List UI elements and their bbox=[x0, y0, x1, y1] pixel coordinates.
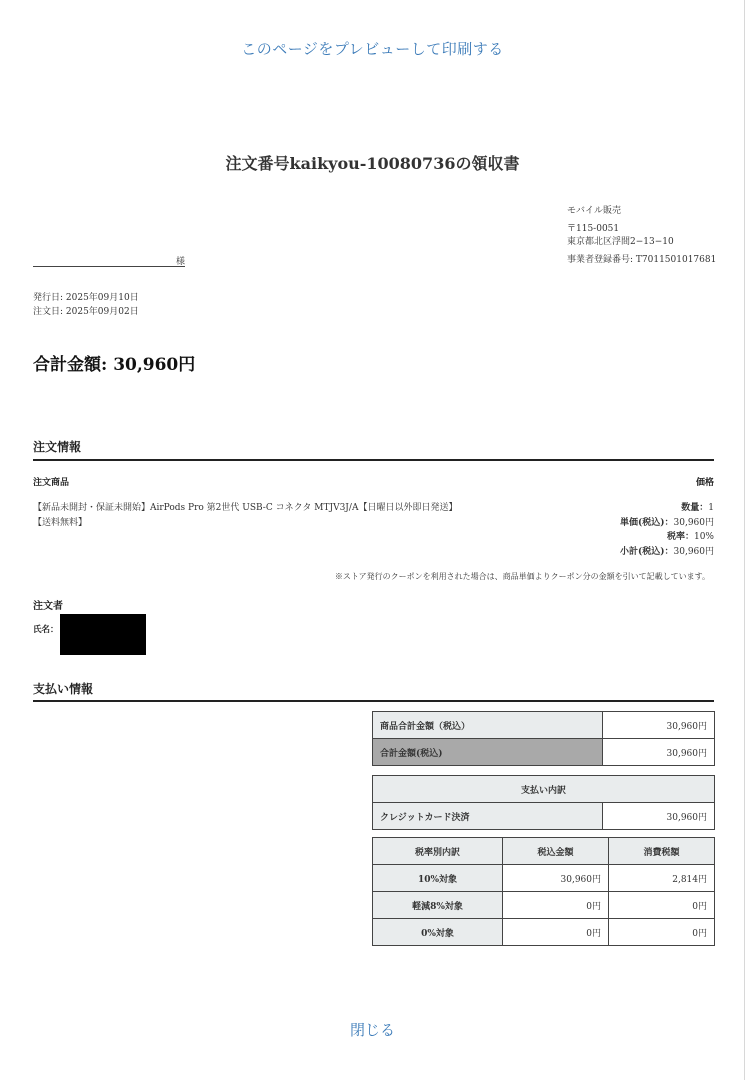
seller-registration: 事業者登録番号: T7011501017681 bbox=[567, 254, 716, 267]
tax-row-amount: 0円 bbox=[503, 892, 609, 919]
table-row: 商品合計金額（税込） 30,960円 bbox=[373, 712, 715, 739]
tax-row-label: 軽減8%対象 bbox=[373, 892, 503, 919]
tax-row-label: 10%対象 bbox=[373, 865, 503, 892]
redacted-name bbox=[60, 614, 146, 655]
table-row: 10%対象 30,960円 2,814円 bbox=[373, 865, 715, 892]
tax-row-amount: 30,960円 bbox=[503, 865, 609, 892]
col-price-header: 価格 bbox=[696, 475, 714, 488]
item-detail: 数量：1 単価(税込)：30,960円 税率：10% 小計(税込)：30,960… bbox=[620, 501, 714, 559]
summary-value: 30,960円 bbox=[603, 739, 715, 766]
method-value: 30,960円 bbox=[603, 803, 715, 830]
payment-info-divider bbox=[33, 700, 714, 702]
seller-postal: 〒115-0051 bbox=[567, 223, 716, 236]
subtotal-row: 小計(税込)：30,960円 bbox=[620, 545, 714, 560]
seller-name: モバイル販売 bbox=[567, 205, 716, 218]
orderer-name-label: 氏名： bbox=[33, 623, 59, 635]
tax-header: 税率別内訳 bbox=[373, 838, 503, 865]
item-name: 【新品未開封・保証未開始】AirPods Pro 第2世代 USB-C コネクタ… bbox=[33, 501, 453, 531]
table-row: 合計金額(税込) 30,960円 bbox=[373, 739, 715, 766]
payment-breakdown-table: 支払い内訳 クレジットカード決済 30,960円 bbox=[372, 775, 715, 830]
summary-label: 商品合計金額（税込） bbox=[373, 712, 603, 739]
table-row: 支払い内訳 bbox=[373, 776, 715, 803]
table-row: 税率別内訳 税込金額 消費税額 bbox=[373, 838, 715, 865]
preview-print-link[interactable]: このページをプレビューして印刷する bbox=[0, 38, 745, 59]
table-row: 軽減8%対象 0円 0円 bbox=[373, 892, 715, 919]
tax-breakdown-table: 税率別内訳 税込金額 消費税額 10%対象 30,960円 2,814円 軽減8… bbox=[372, 837, 715, 946]
table-row: 0%対象 0円 0円 bbox=[373, 919, 715, 946]
col-item-header: 注文商品 bbox=[33, 475, 69, 488]
tax-rate-row: 税率：10% bbox=[620, 530, 714, 545]
tax-header: 税込金額 bbox=[503, 838, 609, 865]
tax-row-label: 0%対象 bbox=[373, 919, 503, 946]
orderer-title: 注文者 bbox=[33, 597, 63, 612]
payment-info-title: 支払い情報 bbox=[33, 680, 93, 697]
receipt-title: 注文番号kaikyou-10080736の領収書 bbox=[0, 151, 745, 174]
close-link[interactable]: 閉じる bbox=[0, 1019, 745, 1040]
tax-header: 消費税額 bbox=[609, 838, 715, 865]
tax-row-tax: 2,814円 bbox=[609, 865, 715, 892]
order-date: 注文日: 2025年09月02日 bbox=[33, 305, 139, 319]
coupon-note: ※ストア発行のクーポンを利用された場合は、商品単価よりクーポン分の金額を引いて記… bbox=[335, 571, 710, 582]
addressee-line: 様 bbox=[33, 254, 185, 267]
summary-label: 合計金額(税込) bbox=[373, 739, 603, 766]
total-amount: 合計金額: 30,960円 bbox=[33, 350, 195, 375]
table-row: クレジットカード決済 30,960円 bbox=[373, 803, 715, 830]
summary-value: 30,960円 bbox=[603, 712, 715, 739]
tax-row-amount: 0円 bbox=[503, 919, 609, 946]
quantity-row: 数量：1 bbox=[620, 501, 714, 516]
payment-summary-table: 商品合計金額（税込） 30,960円 合計金額(税込) 30,960円 bbox=[372, 711, 715, 766]
tax-row-tax: 0円 bbox=[609, 919, 715, 946]
seller-address: 東京都北区浮間2−13−10 bbox=[567, 236, 716, 249]
order-info-divider bbox=[33, 459, 714, 461]
issue-date: 発行日: 2025年09月10日 bbox=[33, 291, 139, 305]
unit-price-row: 単価(税込)：30,960円 bbox=[620, 516, 714, 531]
addressee-suffix: 様 bbox=[176, 257, 185, 267]
order-info-title: 注文情報 bbox=[33, 438, 81, 455]
breakdown-header: 支払い内訳 bbox=[373, 776, 715, 803]
seller-info: モバイル販売 〒115-0051 東京都北区浮間2−13−10 事業者登録番号:… bbox=[567, 205, 716, 267]
dates: 発行日: 2025年09月10日 注文日: 2025年09月02日 bbox=[33, 291, 139, 319]
method-label: クレジットカード決済 bbox=[373, 803, 603, 830]
tax-row-tax: 0円 bbox=[609, 892, 715, 919]
